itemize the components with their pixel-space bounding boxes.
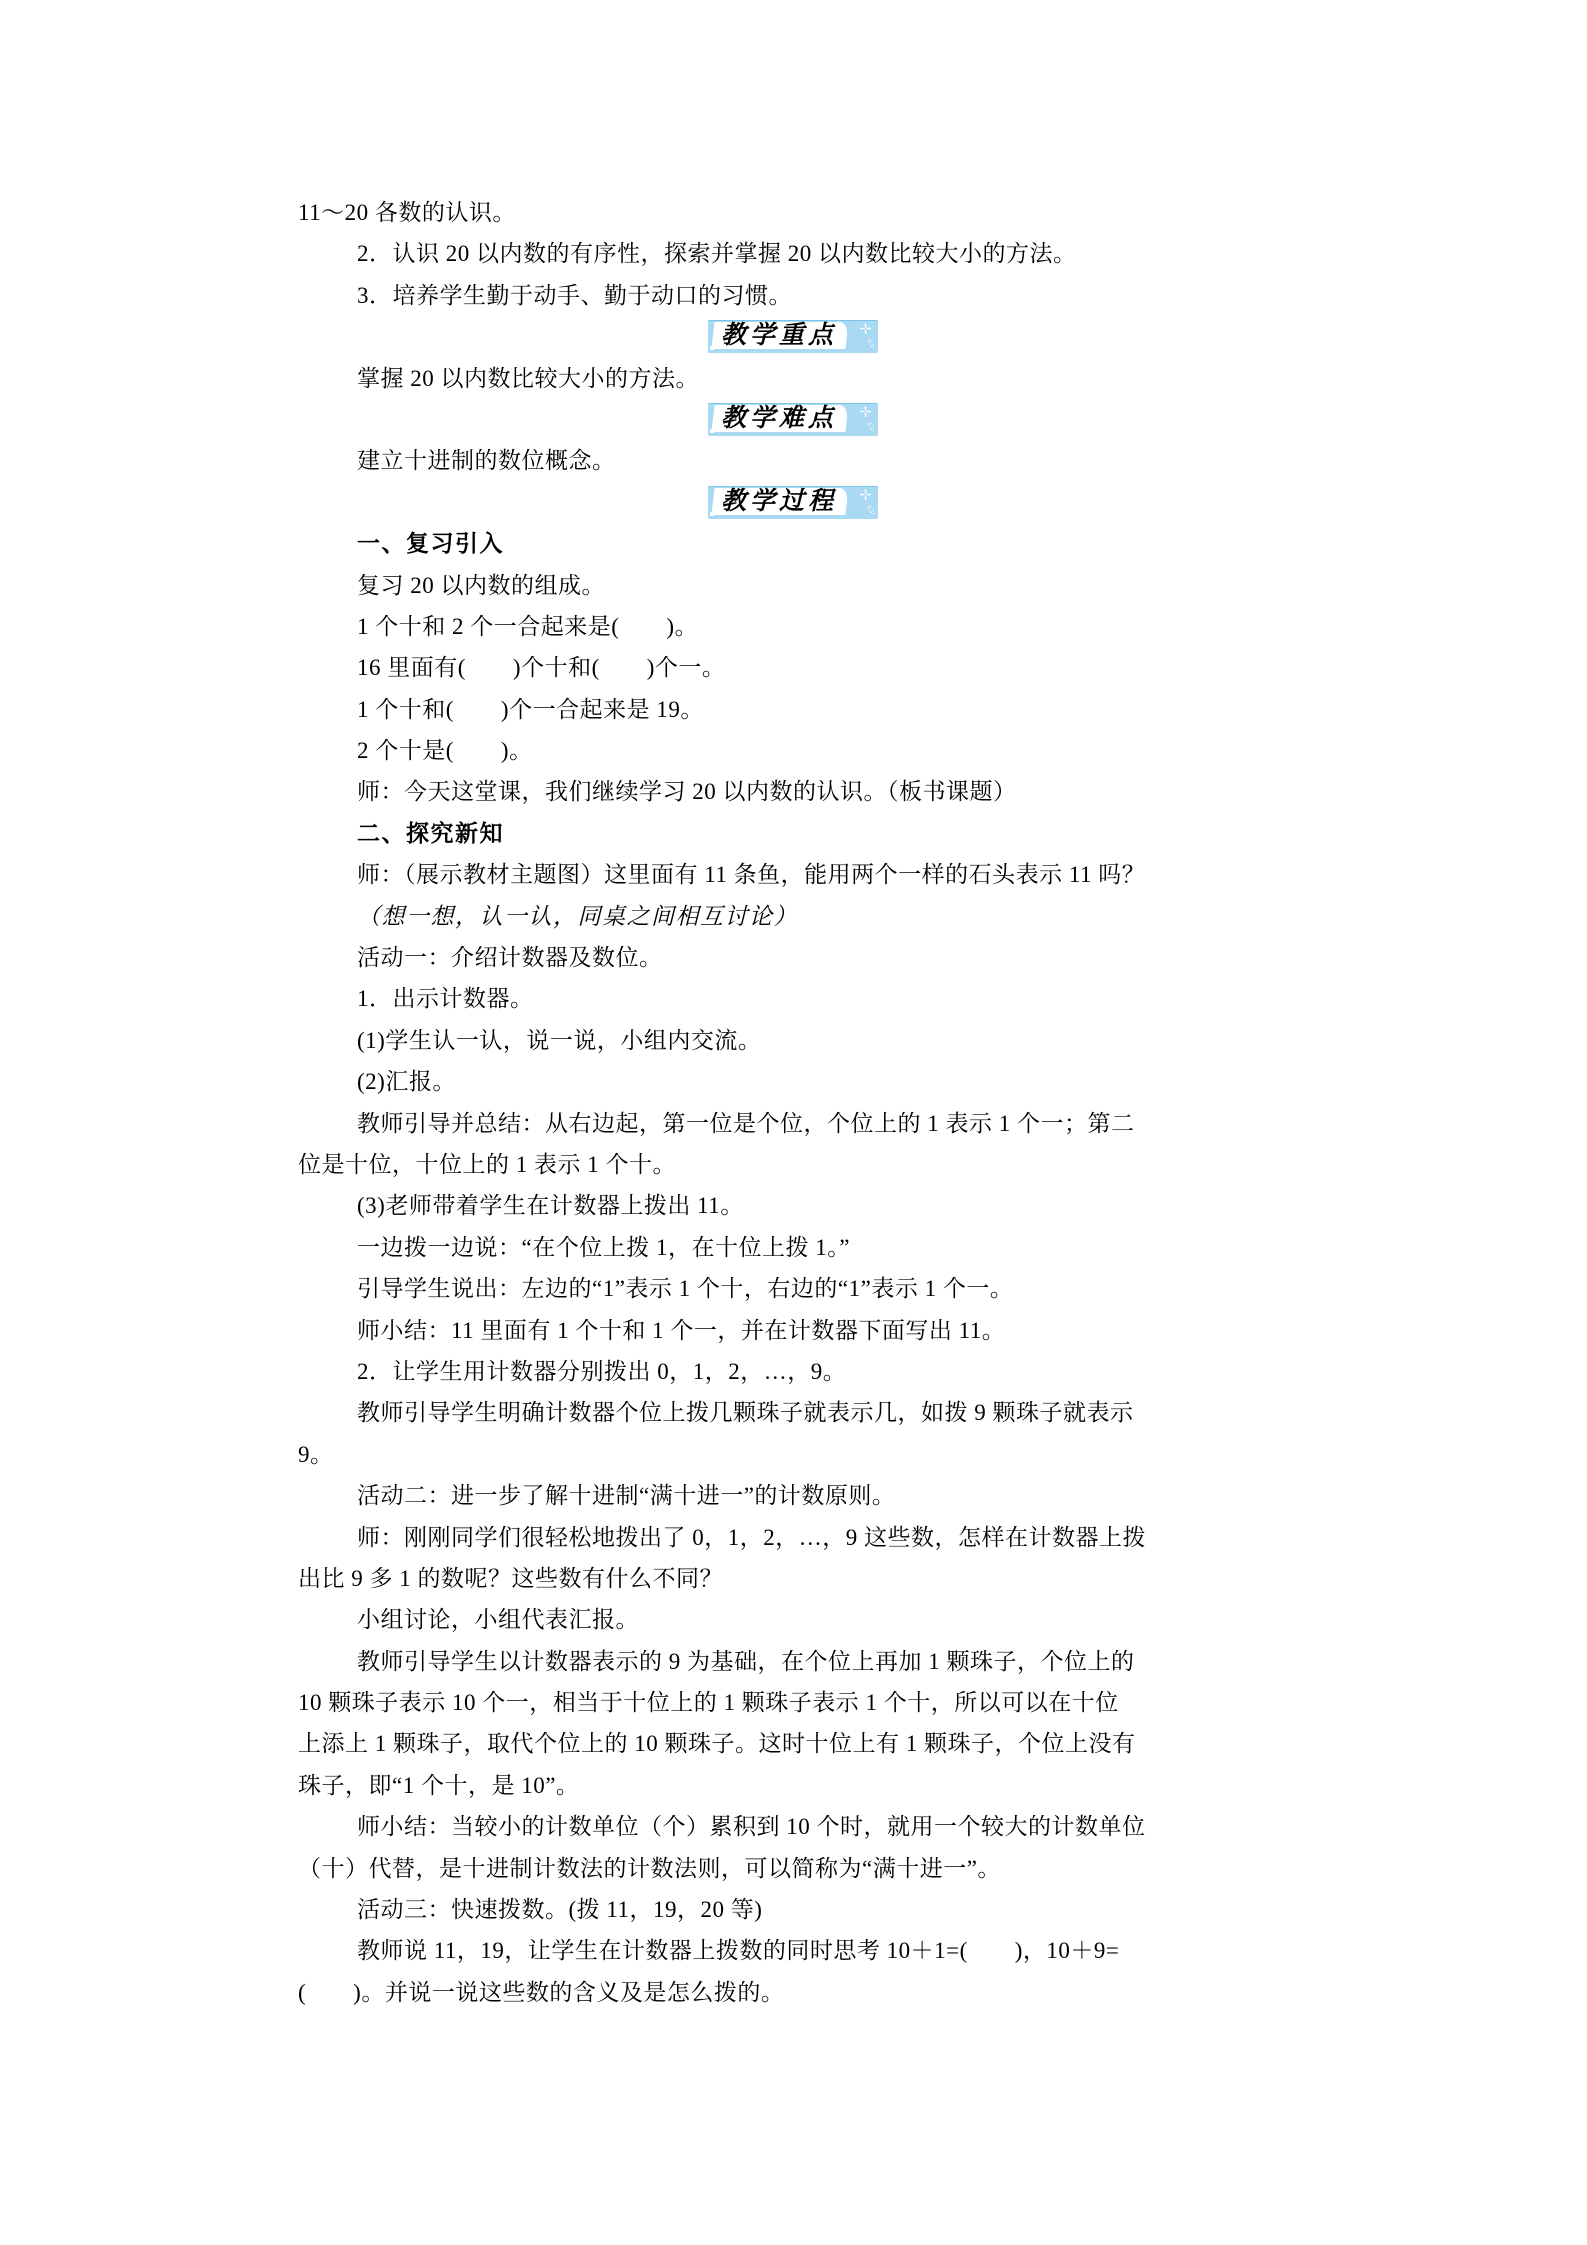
text-line: 活动一：介绍计数器及数位。 xyxy=(298,937,1288,978)
text-line: ( )。并说一说这些数的含义及是怎么拨的。 xyxy=(298,1972,1288,2013)
text-line: 师：今天这堂课，我们继续学习 20 以内数的认识。（板书课题） xyxy=(298,771,1288,812)
badge-label: 教学过程 xyxy=(721,488,837,515)
text-line: 活动三：快速拨数。(拨 11，19，20 等) xyxy=(298,1889,1288,1930)
document-body: 11～20 各数的认识。2．认识 20 以内数的有序性，探索并掌握 20 以内数… xyxy=(298,192,1288,2013)
text-line: 师：刚刚同学们很轻松地拨出了 0，1，2，…，9 这些数，怎样在计数器上拨 xyxy=(298,1517,1288,1558)
text-line: 16 里面有( )个十和( )个一。 xyxy=(298,647,1288,688)
badge-label: 教学难点 xyxy=(721,405,837,432)
text-line: 教师引导学生明确计数器个位上拨几颗珠子就表示几，如拨 9 颗珠子就表示 xyxy=(298,1392,1288,1433)
badge-teaching-focus: 教学重点✛✎ xyxy=(708,320,877,353)
text-line: 二、探究新知 xyxy=(298,813,1288,854)
text-line: 教师引导并总结：从右边起，第一位是个位，个位上的 1 表示 1 个一；第二 xyxy=(298,1103,1288,1144)
text-line: (3)老师带着学生在计数器上拨出 11。 xyxy=(298,1185,1288,1226)
pencil-icon: ✎ xyxy=(863,420,878,438)
page: { "page": { "background_color": "#ffffff… xyxy=(0,0,1587,2245)
text-line: 9。 xyxy=(298,1434,1288,1475)
text-line: 2．让学生用计数器分别拨出 0，1，2，…，9。 xyxy=(298,1351,1288,1392)
text-line: 10 颗珠子表示 10 个一，相当于十位上的 1 颗珠子表示 1 个十，所以可以… xyxy=(298,1682,1288,1723)
text-line: （十）代替，是十进制计数法的计数法则，可以简称为“满十进一”。 xyxy=(298,1848,1288,1889)
text-line: 引导学生说出：左边的“1”表示 1 个十，右边的“1”表示 1 个一。 xyxy=(298,1268,1288,1309)
text-line: (1)学生认一认，说一说，小组内交流。 xyxy=(298,1020,1288,1061)
text-line: 师：（展示教材主题图）这里面有 11 条鱼，能用两个一样的石头表示 11 吗？ xyxy=(298,854,1288,895)
badge-frame: 教学过程 xyxy=(712,488,849,515)
compass-icon: ✛ xyxy=(857,487,875,505)
text-line: 1．出示计数器。 xyxy=(298,978,1288,1019)
text-line: 小组讨论，小组代表汇报。 xyxy=(298,1599,1288,1640)
text-line: 2．认识 20 以内数的有序性，探索并掌握 20 以内数比较大小的方法。 xyxy=(298,233,1288,274)
badge-row: 教学难点✛✎ xyxy=(298,399,1288,440)
text-line: 师小结：11 里面有 1 个十和 1 个一，并在计数器下面写出 11。 xyxy=(298,1310,1288,1351)
badge-frame: 教学重点 xyxy=(712,322,849,349)
text-line: 教师引导学生以计数器表示的 9 为基础，在个位上再加 1 颗珠子，个位上的 xyxy=(298,1641,1288,1682)
badge-corner-dot xyxy=(710,346,714,350)
badge-teaching-process: 教学过程✛✎ xyxy=(708,486,877,519)
text-line: 一边拨一边说：“在个位上拨 1，在十位上拨 1。” xyxy=(298,1227,1288,1268)
text-line: 3．培养学生勤于动手、勤于动口的习惯。 xyxy=(298,275,1288,316)
badge-corner-dot xyxy=(710,429,714,433)
document-sheet: 11～20 各数的认识。2．认识 20 以内数的有序性，探索并掌握 20 以内数… xyxy=(0,0,1587,2245)
badge-label: 教学重点 xyxy=(721,322,837,349)
pencil-icon: ✎ xyxy=(863,503,878,521)
text-line: 1 个十和( )个一合起来是 19。 xyxy=(298,689,1288,730)
text-line: 珠子，即“1 个十，是 10”。 xyxy=(298,1765,1288,1806)
text-line: 一、复习引入 xyxy=(298,523,1288,564)
pencil-icon: ✎ xyxy=(863,337,878,355)
badge-corner-dot xyxy=(710,512,714,516)
text-line: 1 个十和 2 个一合起来是( )。 xyxy=(298,606,1288,647)
text-line: 11～20 各数的认识。 xyxy=(298,192,1288,233)
badge-row: 教学重点✛✎ xyxy=(298,316,1288,357)
badge-row: 教学过程✛✎ xyxy=(298,482,1288,523)
compass-icon: ✛ xyxy=(857,404,875,422)
text-line: （想一想，认一认，同桌之间相互讨论） xyxy=(298,896,1288,937)
text-line: 2 个十是( )。 xyxy=(298,730,1288,771)
text-line: 建立十进制的数位概念。 xyxy=(298,440,1288,481)
compass-icon: ✛ xyxy=(857,321,875,339)
text-line: 出比 9 多 1 的数呢？这些数有什么不同？ xyxy=(298,1558,1288,1599)
text-line: 师小结：当较小的计数单位（个）累积到 10 个时，就用一个较大的计数单位 xyxy=(298,1806,1288,1847)
text-line: 位是十位，十位上的 1 表示 1 个十。 xyxy=(298,1144,1288,1185)
text-line: 复习 20 以内数的组成。 xyxy=(298,565,1288,606)
badge-frame: 教学难点 xyxy=(712,405,849,432)
text-line: 掌握 20 以内数比较大小的方法。 xyxy=(298,358,1288,399)
text-line: 活动二：进一步了解十进制“满十进一”的计数原则。 xyxy=(298,1475,1288,1516)
text-line: (2)汇报。 xyxy=(298,1061,1288,1102)
text-line: 上添上 1 颗珠子，取代个位上的 10 颗珠子。这时十位上有 1 颗珠子，个位上… xyxy=(298,1723,1288,1764)
badge-teaching-difficulty: 教学难点✛✎ xyxy=(708,403,877,436)
text-line: 教师说 11，19，让学生在计数器上拨数的同时思考 10＋1=( )，10＋9= xyxy=(298,1930,1288,1971)
